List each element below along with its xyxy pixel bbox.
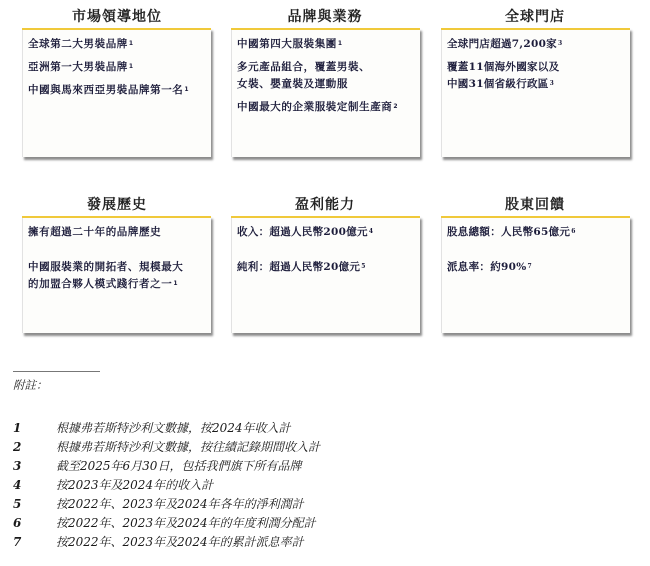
- card-item: 擁有超過二十年的品牌歷史: [28, 224, 205, 241]
- note-text: 按2022年、2023年及2024年各年的淨利潤計: [56, 495, 304, 512]
- card-item: 多元產品組合，覆蓋男裝、 女裝、嬰童裝及運動服: [237, 59, 414, 93]
- card-item: 覆蓋11個海外國家以及 中國31個省級行政區3: [447, 59, 624, 93]
- notes-list: 1根據弗若斯特沙利文數據，按2024年收入計 2根據弗若斯特沙利文數據，按往績記…: [13, 418, 320, 551]
- card-title-market-leadership: 市場領導地位: [22, 6, 212, 26]
- card-shareholder-returns: 股息總額：人民幣65億元6 派息率：約90%7: [441, 216, 630, 333]
- notes-divider: [13, 371, 100, 372]
- note-item: 4按2023年及2024年的收入計: [13, 475, 320, 494]
- card-item: 中國第四大服裝集團1: [237, 36, 414, 53]
- note-item: 5按2022年、2023年及2024年各年的淨利潤計: [13, 494, 320, 513]
- card-market-leadership: 全球第二大男裝品牌1 亞洲第一大男裝品牌1 中國與馬來西亞男裝品牌第一名1: [22, 28, 211, 157]
- note-text: 按2022年、2023年及2024年的累計派息率計: [56, 533, 304, 550]
- note-number: 5: [13, 497, 56, 511]
- card-title-global-stores: 全球門店: [440, 6, 630, 26]
- card-item: 亞洲第一大男裝品牌1: [28, 59, 205, 76]
- card-item: 中國服裝業的開拓者、規模最大 的加盟合夥人模式踐行者之一1: [28, 259, 205, 293]
- note-item: 7按2022年、2023年及2024年的累計派息率計: [13, 532, 320, 551]
- note-number: 7: [13, 535, 56, 549]
- card-item: 收入：超過人民幣200億元4: [237, 224, 414, 241]
- notes-title: 附註：: [13, 377, 48, 393]
- card-history: 擁有超過二十年的品牌歷史 中國服裝業的開拓者、規模最大 的加盟合夥人模式踐行者之…: [22, 216, 211, 333]
- card-item: 中國最大的企業服裝定制生產商2: [237, 99, 414, 116]
- note-number: 2: [13, 440, 56, 454]
- card-item: 全球門店超過7,200家3: [447, 36, 624, 53]
- note-number: 1: [13, 421, 56, 435]
- card-item: 純利：超過人民幣20億元5: [237, 259, 414, 276]
- note-text: 按2022年、2023年及2024年的年度利潤分配計: [56, 514, 316, 531]
- card-brand-business: 中國第四大服裝集團1 多元產品組合，覆蓋男裝、 女裝、嬰童裝及運動服 中國最大的…: [231, 28, 420, 157]
- card-item: 全球第二大男裝品牌1: [28, 36, 205, 53]
- card-title-shareholder-returns: 股東回饋: [440, 194, 630, 214]
- card-title-brand-business: 品牌與業務: [230, 6, 420, 26]
- card-item: 股息總額：人民幣65億元6: [447, 224, 624, 241]
- note-text: 根據弗若斯特沙利文數據，按2024年收入計: [56, 419, 291, 436]
- note-item: 6按2022年、2023年及2024年的年度利潤分配計: [13, 513, 320, 532]
- card-profitability: 收入：超過人民幣200億元4 純利：超過人民幣20億元5: [231, 216, 420, 333]
- note-item: 3截至2025年6月30日，包括我們旗下所有品牌: [13, 456, 320, 475]
- card-title-history: 發展歷史: [22, 194, 212, 214]
- card-item: 中國與馬來西亞男裝品牌第一名1: [28, 82, 205, 99]
- note-item: 2根據弗若斯特沙利文數據，按往績記錄期間收入計: [13, 437, 320, 456]
- card-title-profitability: 盈利能力: [230, 194, 420, 214]
- note-number: 6: [13, 516, 56, 530]
- note-text: 截至2025年6月30日，包括我們旗下所有品牌: [56, 457, 301, 474]
- note-text: 按2023年及2024年的收入計: [56, 476, 213, 493]
- note-text: 根據弗若斯特沙利文數據，按往績記錄期間收入計: [56, 438, 320, 455]
- card-global-stores: 全球門店超過7,200家3 覆蓋11個海外國家以及 中國31個省級行政區3: [441, 28, 630, 157]
- note-item: 1根據弗若斯特沙利文數據，按2024年收入計: [13, 418, 320, 437]
- card-item: 派息率：約90%7: [447, 259, 624, 276]
- note-number: 3: [13, 459, 56, 473]
- note-number: 4: [13, 478, 56, 492]
